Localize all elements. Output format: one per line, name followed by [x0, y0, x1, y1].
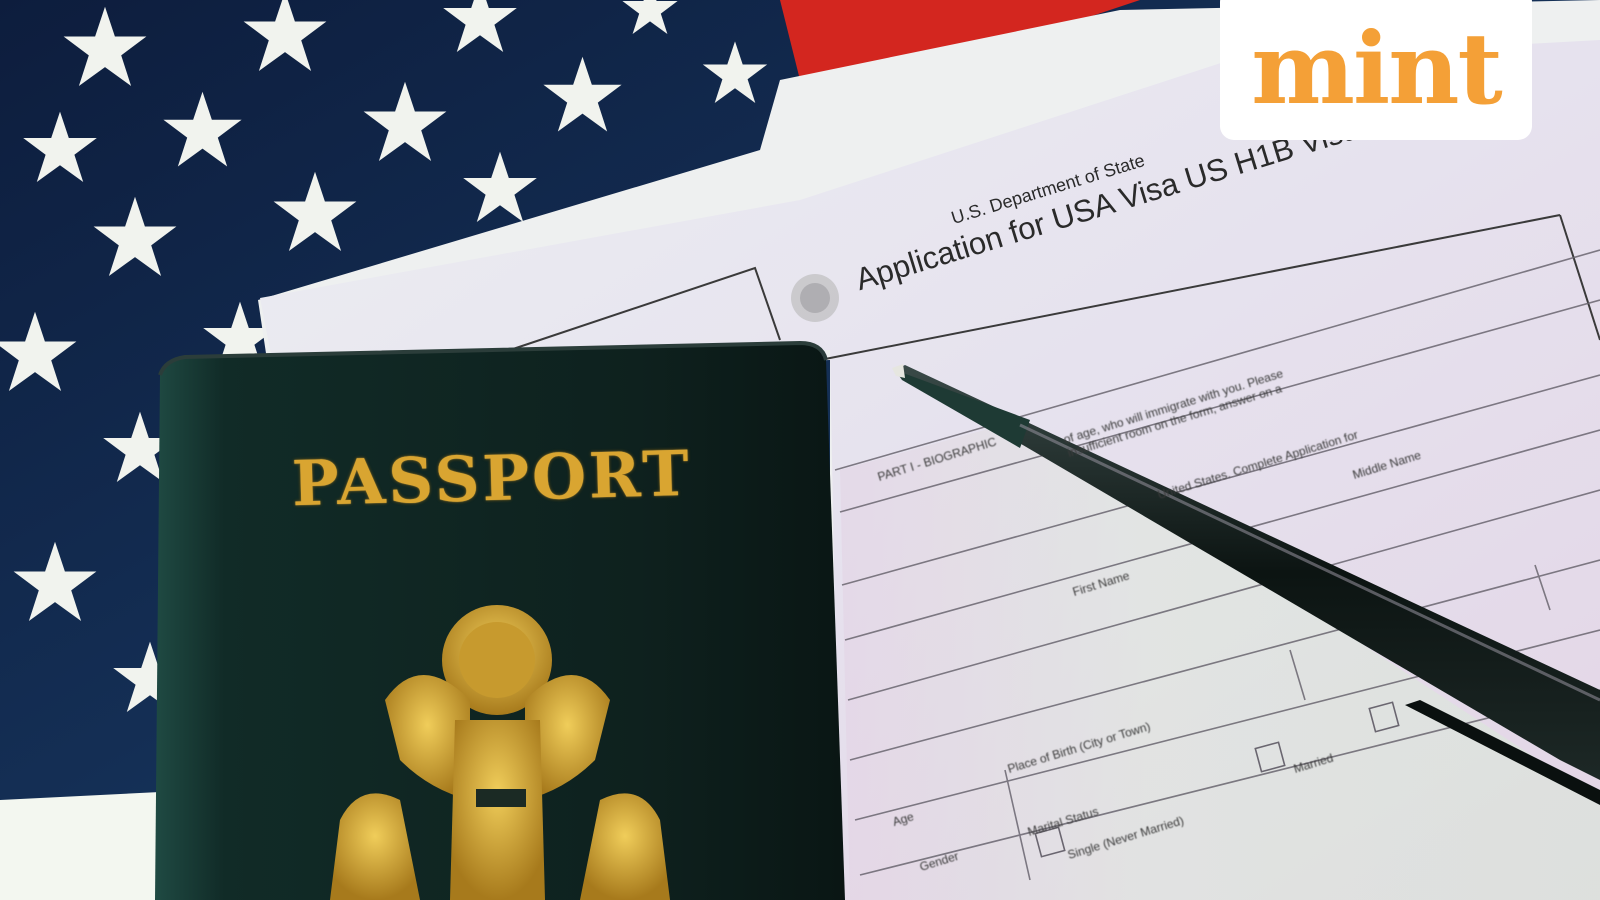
mint-logo-badge: mint [1220, 0, 1532, 140]
mint-logo: mint [1251, 21, 1500, 119]
passport-title: PASSPORT [291, 437, 692, 520]
photo-scene: U.S. Department of State Application for… [0, 0, 1600, 900]
form-seal [791, 274, 839, 322]
